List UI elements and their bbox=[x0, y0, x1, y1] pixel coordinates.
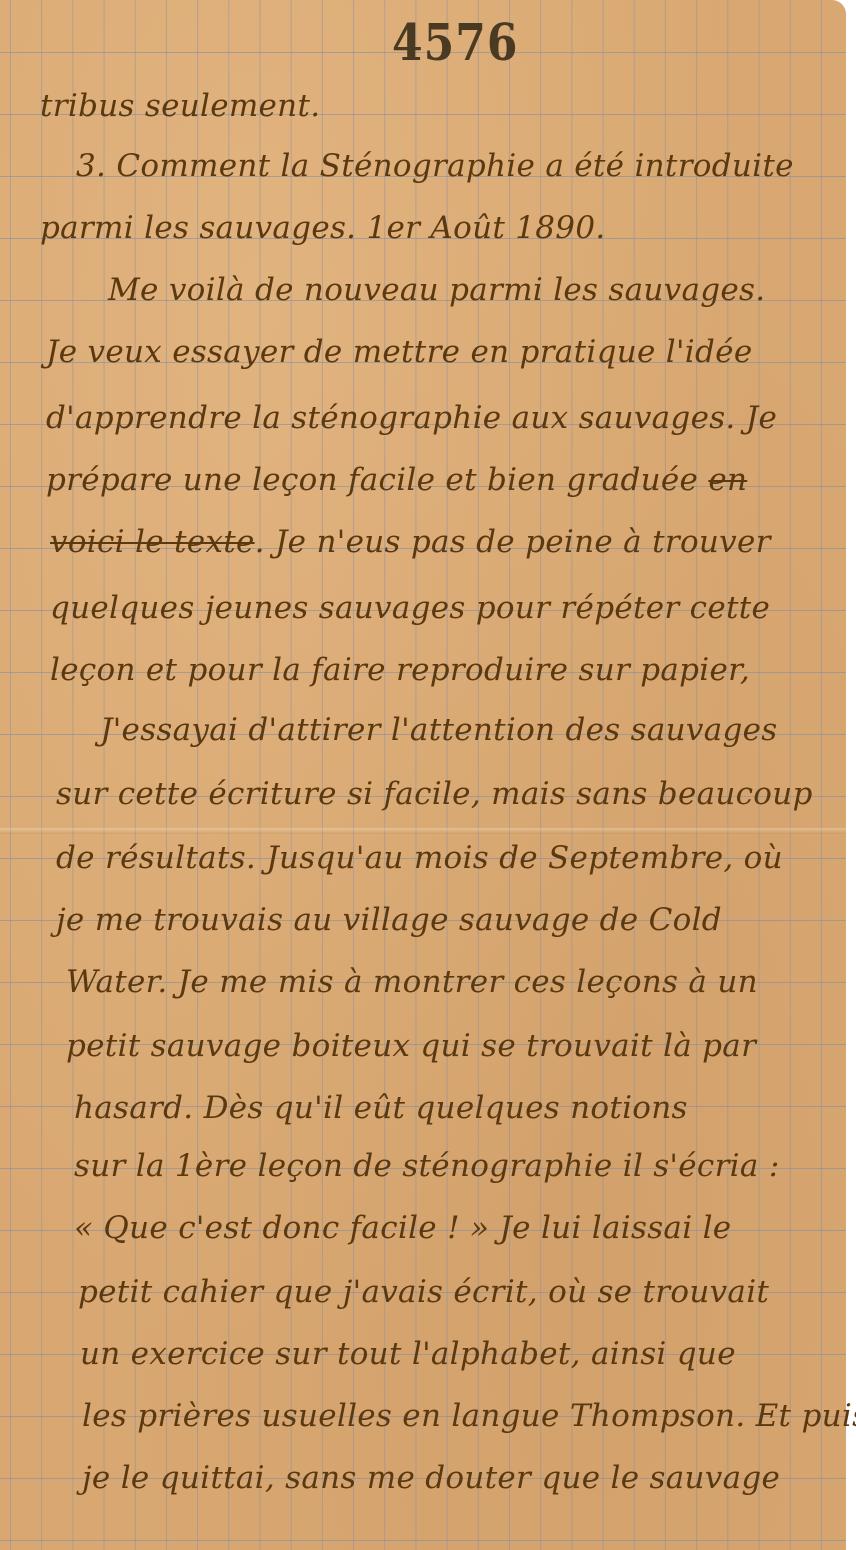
handwritten-line: je me trouvais au village sauvage de Col… bbox=[56, 902, 722, 938]
handwritten-line: de résultats. Jusqu'au mois de Septembre… bbox=[56, 840, 783, 876]
handwritten-line: tribus seulement. bbox=[40, 88, 320, 124]
handwritten-line: les prières usuelles en langue Thompson.… bbox=[82, 1398, 856, 1434]
handwritten-line: sur cette écriture si facile, mais sans … bbox=[56, 776, 813, 812]
paper-fold-crease bbox=[0, 828, 846, 834]
page-number-stamp: 4576 bbox=[392, 14, 518, 73]
handwritten-line: je le quittai, sans me douter que le sau… bbox=[82, 1460, 780, 1496]
handwritten-line: quelques jeunes sauvages pour répéter ce… bbox=[50, 590, 770, 626]
handwritten-line: hasard. Dès qu'il eût quelques notions bbox=[74, 1090, 688, 1126]
handwritten-line: voici le texte. Je n'eus pas de peine à … bbox=[50, 524, 771, 560]
struck-out-word: en bbox=[708, 462, 747, 498]
handwritten-line: J'essayai d'attirer l'attention des sauv… bbox=[100, 712, 777, 748]
section-heading-date: parmi les sauvages. 1er Août 1890. bbox=[40, 210, 606, 246]
handwritten-line: petit cahier que j'avais écrit, où se tr… bbox=[78, 1274, 769, 1310]
line-text: prépare une leçon facile et bien graduée bbox=[46, 462, 698, 498]
handwritten-line: d'apprendre la sténographie aux sauvages… bbox=[46, 400, 777, 436]
handwritten-line: Me voilà de nouveau parmi les sauvages. bbox=[108, 272, 765, 308]
handwritten-line: petit sauvage boiteux qui se trouvait là… bbox=[66, 1028, 756, 1064]
line-text: . Je n'eus pas de peine à trouver bbox=[255, 524, 771, 560]
handwritten-line: sur la 1ère leçon de sténographie il s'é… bbox=[74, 1148, 780, 1184]
handwritten-line: un exercice sur tout l'alphabet, ainsi q… bbox=[80, 1336, 736, 1372]
handwritten-line: leçon et pour la faire reproduire sur pa… bbox=[50, 652, 750, 688]
section-heading: 3. Comment la Sténographie a été introdu… bbox=[76, 148, 794, 184]
handwritten-line: « Que c'est donc facile ! » Je lui laiss… bbox=[74, 1210, 731, 1246]
handwritten-line: prépare une leçon facile et bien graduée… bbox=[46, 462, 747, 498]
manuscript-page: 4576 tribus seulement. 3. Comment la Sté… bbox=[0, 0, 846, 1550]
handwritten-line: Water. Je me mis à montrer ces leçons à … bbox=[66, 964, 758, 1000]
struck-out-phrase: voici le texte bbox=[50, 524, 255, 560]
handwritten-line: Je veux essayer de mettre en pratique l'… bbox=[46, 334, 752, 370]
